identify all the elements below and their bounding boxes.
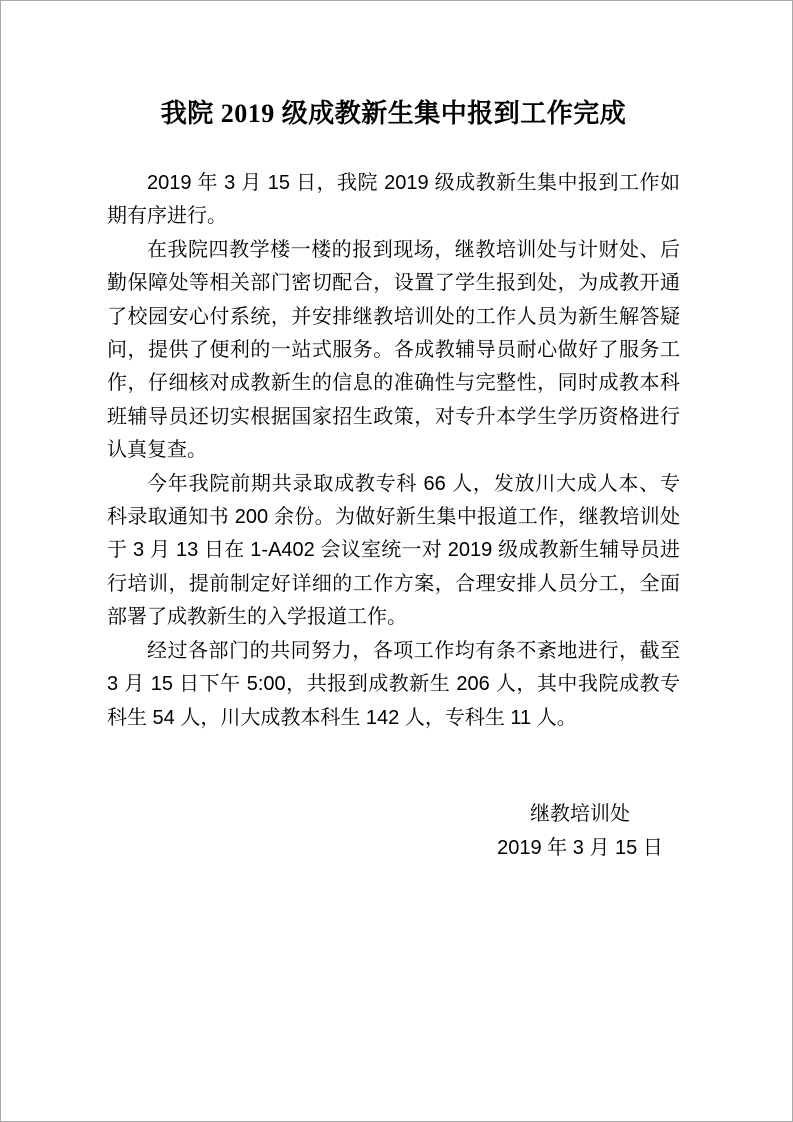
signature-block: 继教培训处 2019 年 3 月 15 日 (480, 797, 680, 865)
document-page: 我院 2019 级成教新生集中报到工作完成 2019 年 3 月 15 日，我院… (0, 0, 793, 1122)
document-content: 我院 2019 级成教新生集中报到工作完成 2019 年 3 月 15 日，我院… (1, 1, 792, 865)
document-title: 我院 2019 级成教新生集中报到工作完成 (107, 97, 680, 131)
paragraph-3: 今年我院前期共录取成教专科 66 人，发放川大成人本、专科录取通知书 200 余… (107, 468, 680, 635)
signature-date: 2019 年 3 月 15 日 (480, 831, 680, 865)
paragraph-2: 在我院四教学楼一楼的报到现场，继教培训处与计财处、后勤保障处等相关部门密切配合，… (107, 234, 680, 468)
paragraph-4: 经过各部门的共同努力，各项工作均有条不紊地进行，截至 3 月 15 日下午 5:… (107, 635, 680, 735)
signature-department: 继教培训处 (480, 797, 680, 831)
paragraph-1: 2019 年 3 月 15 日，我院 2019 级成教新生集中报到工作如期有序进… (107, 167, 680, 234)
